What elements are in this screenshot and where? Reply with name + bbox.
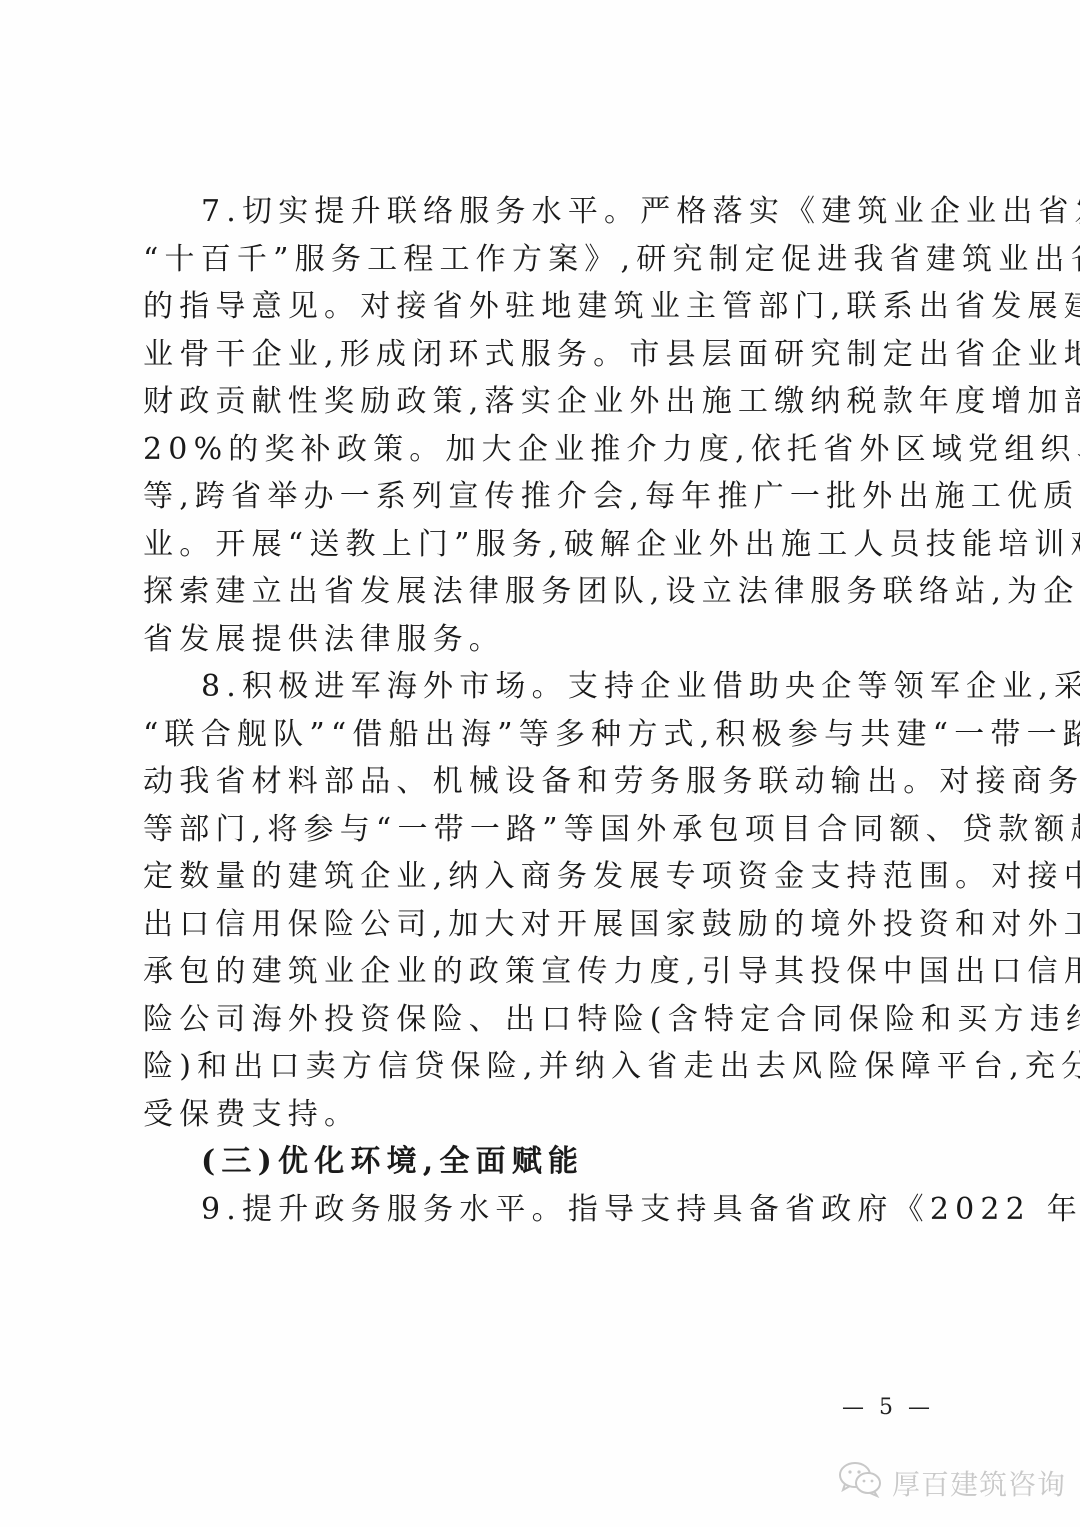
paragraph-line: 财政贡献性奖励政策,落实企业外出施工缴纳税款年度增加部分 [143,378,943,426]
section-heading: (三)优化环境,全面赋能 [143,1138,943,1186]
paragraph-line: 8.积极进军海外市场。支持企业借助央企等领军企业,采取 [143,663,943,711]
paragraph-item-7: 7.切实提升联络服务水平。严格落实《建筑业企业出省发展 “十百千”服务工程工作方… [143,188,943,663]
paragraph-line: 等,跨省举办一系列宣传推介会,每年推广一批外出施工优质企 [143,473,943,521]
watermark: 厚百建筑咨询 [838,1460,1066,1505]
paragraph-line: 业。开展“送教上门”服务,破解企业外出施工人员技能培训难题。 [143,521,943,569]
paragraph-line: 探索建立出省发展法律服务团队,设立法律服务联络站,为企业出 [143,568,943,616]
document-body: 7.切实提升联络服务水平。严格落实《建筑业企业出省发展 “十百千”服务工程工作方… [143,188,943,1233]
paragraph-line: 9.提升政务服务水平。指导支持具备省政府《2022 年“稳中 [143,1186,943,1234]
wechat-icon [838,1460,884,1505]
paragraph-line: 20%的奖补政策。加大企业推介力度,依托省外区域党组织、商会 [143,426,943,474]
paragraph-line: 7.切实提升联络服务水平。严格落实《建筑业企业出省发展 [143,188,943,236]
paragraph-line: 等部门,将参与“一带一路”等国外承包项目合同额、贷款额超过一 [143,806,943,854]
paragraph-line: 险公司海外投资保险、出口特险(含特定合同保险和买方违约保 [143,996,943,1044]
paragraph-item-9: 9.提升政务服务水平。指导支持具备省政府《2022 年“稳中 [143,1186,943,1234]
watermark-text: 厚百建筑咨询 [892,1463,1066,1503]
paragraph-line: 的指导意见。对接省外驻地建筑业主管部门,联系出省发展建筑 [143,283,943,331]
paragraph-item-8: 8.积极进军海外市场。支持企业借助央企等领军企业,采取 “联合舰队”“借船出海”… [143,663,943,1138]
paragraph-line: 受保费支持。 [143,1091,943,1139]
document-page: 7.切实提升联络服务水平。严格落实《建筑业企业出省发展 “十百千”服务工程工作方… [0,0,1080,1527]
paragraph-line: “联合舰队”“借船出海”等多种方式,积极参与共建“一带一路”,带 [143,711,943,759]
paragraph-line: 省发展提供法律服务。 [143,616,943,664]
paragraph-line: “十百千”服务工程工作方案》,研究制定促进我省建筑业出省发展 [143,236,943,284]
paragraph-line: 出口信用保险公司,加大对开展国家鼓励的境外投资和对外工程 [143,901,943,949]
paragraph-line: 险)和出口卖方信贷保险,并纳入省走出去风险保障平台,充分享 [143,1043,943,1091]
paragraph-line: 承包的建筑业企业的政策宣传力度,引导其投保中国出口信用保 [143,948,943,996]
paragraph-line: 定数量的建筑企业,纳入商务发展专项资金支持范围。对接中国 [143,853,943,901]
paragraph-line: 业骨干企业,形成闭环式服务。市县层面研究制定出省企业地方 [143,331,943,379]
page-number: — 5 — [842,1395,934,1420]
paragraph-line: 动我省材料部品、机械设备和劳务服务联动输出。对接商务、外事 [143,758,943,806]
